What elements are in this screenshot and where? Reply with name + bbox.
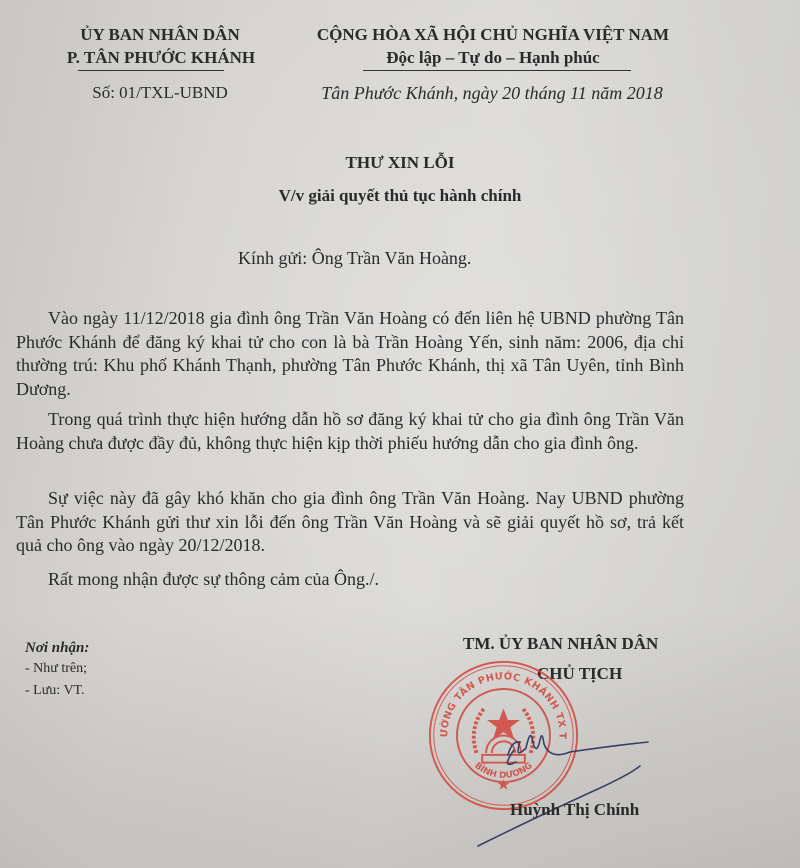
organization-underline xyxy=(78,70,224,71)
sub-organization-name: P. TÂN PHƯỚC KHÁNH xyxy=(36,48,286,68)
body-paragraph: Sự việc này đã gây khó khăn cho gia đình… xyxy=(16,487,684,558)
body-paragraph: Vào ngày 11/12/2018 gia đình ông Trần Vă… xyxy=(16,307,684,401)
nation-heading: CỘNG HÒA XÃ HỘI CHỦ NGHĨA VIỆT NAM xyxy=(283,25,703,45)
paragraph-text: Rất mong nhận được sự thông cảm của Ông.… xyxy=(48,569,379,589)
recipient-item: - Như trên; xyxy=(25,661,87,677)
recipients-label: Nơi nhận: xyxy=(25,640,89,657)
letter-title: THƯ XIN LỖI xyxy=(200,153,600,173)
signatory-name: Huỳnh Thị Chính xyxy=(510,800,639,820)
motto-underline xyxy=(363,70,631,71)
recipient-item: - Lưu: VT. xyxy=(25,683,85,699)
paragraph-text: Sự việc này đã gây khó khăn cho gia đình… xyxy=(16,488,684,555)
body-paragraph: Rất mong nhận được sự thông cảm của Ông.… xyxy=(16,568,684,592)
signatory-organization: TM. ỦY BAN NHÂN DÂN xyxy=(463,634,658,654)
handwritten-signature-icon xyxy=(470,700,730,850)
paragraph-text: Trong quá trình thực hiện hướng dẫn hồ s… xyxy=(16,409,684,453)
paragraph-text: Vào ngày 11/12/2018 gia đình ông Trần Vă… xyxy=(16,308,684,399)
national-motto: Độc lập – Tự do – Hạnh phúc xyxy=(283,48,703,68)
place-and-date: Tân Phước Khánh, ngày 20 tháng 11 năm 20… xyxy=(282,83,702,104)
letter-subject: V/v giải quyết thủ tục hành chính xyxy=(200,186,600,206)
salutation: Kính gửi: Ông Trần Văn Hoàng. xyxy=(238,248,471,269)
document-number: Số: 01/TXL-UBND xyxy=(60,83,260,103)
body-paragraph: Trong quá trình thực hiện hướng dẫn hồ s… xyxy=(16,408,684,455)
organization-name: ỦY BAN NHÂN DÂN xyxy=(55,25,265,45)
